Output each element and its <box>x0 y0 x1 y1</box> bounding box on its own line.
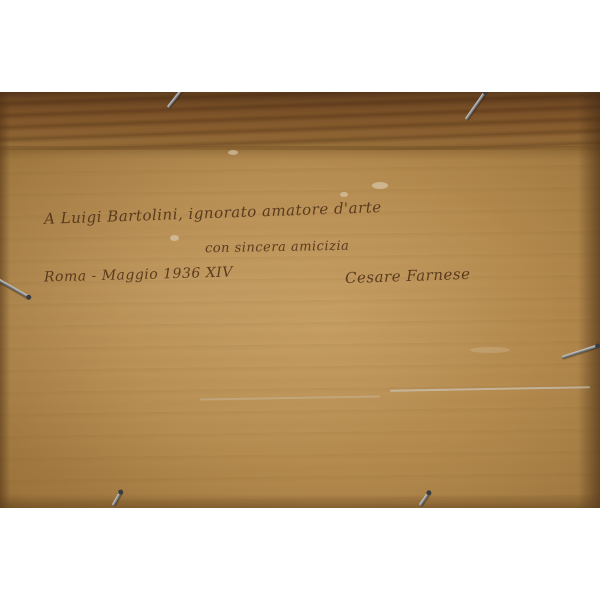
right-edge-shadow <box>578 92 600 508</box>
paint-speck <box>228 150 238 155</box>
paint-speck <box>170 235 179 241</box>
wood-panel-photo: A Luigi Bartolini, ignorato amatore d'ar… <box>0 92 600 508</box>
paint-speck <box>340 192 348 197</box>
paint-speck <box>372 182 388 189</box>
bottom-edge-shadow <box>0 494 600 508</box>
paint-speck <box>470 347 510 353</box>
inscription-line-2: con sincera amicizia <box>205 239 350 257</box>
left-edge-shadow <box>0 92 10 508</box>
dark-wood-board-strip <box>0 92 600 150</box>
